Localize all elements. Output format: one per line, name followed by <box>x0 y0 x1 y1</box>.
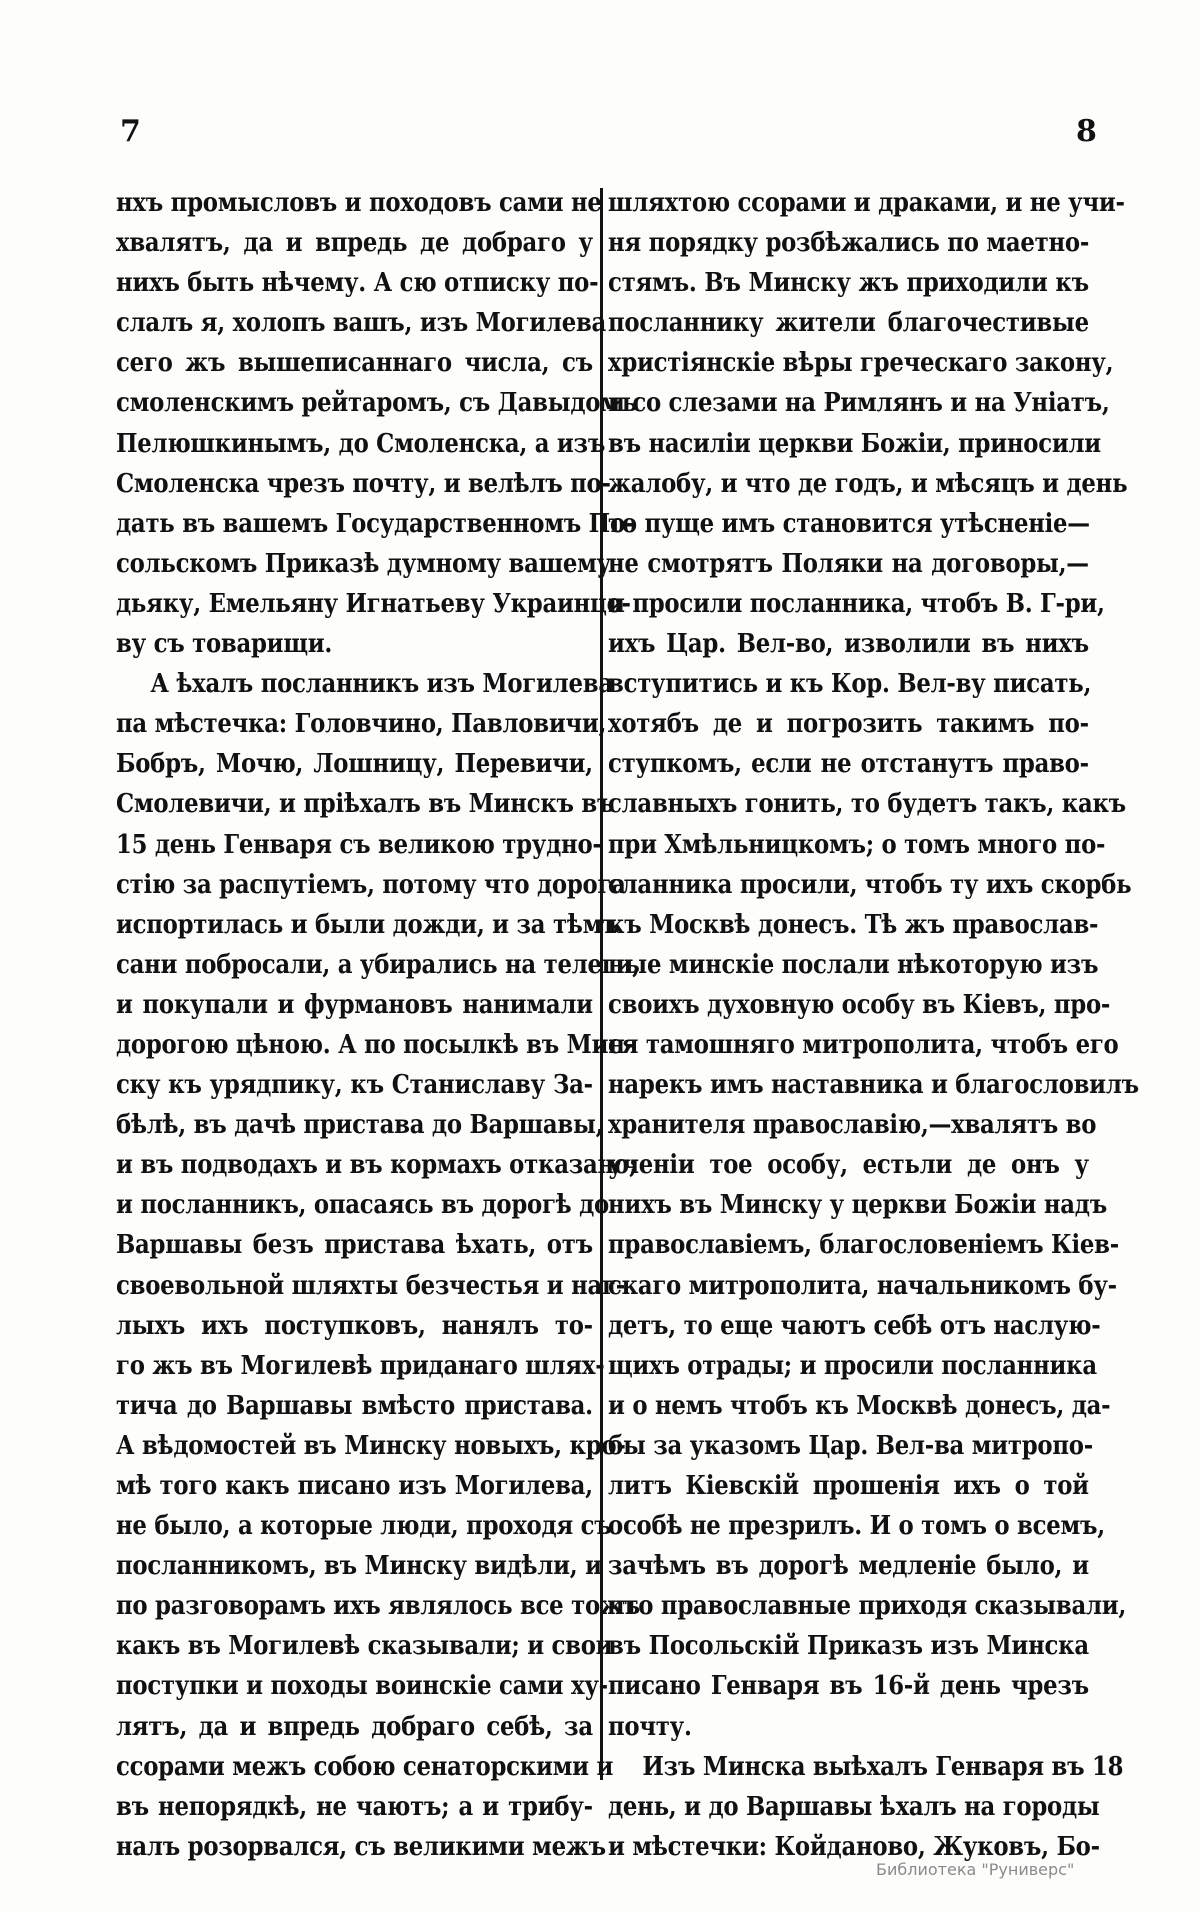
text-line: по разговорамъ ихъ являлось все тожъ <box>116 1586 593 1626</box>
text-line: А ѣхалъ посланникъ изъ Могилева <box>116 664 593 704</box>
text-line: ву съ товарищи. <box>116 624 593 664</box>
text-line: бы за указомъ Цар. Вел-ва митропо- <box>608 1426 1089 1466</box>
text-line: го жъ въ Могилевѣ приданаго шлях- <box>116 1346 593 1386</box>
text-line: слалъ я, холопъ вашъ, изъ Могилева <box>116 303 593 343</box>
text-line: налъ розорвался, съ великими межъ <box>116 1827 593 1867</box>
text-line: вступитись и къ Кор. Вел-ву писать, <box>608 664 1089 704</box>
text-line: православіемъ, благословеніемъ Кіев- <box>608 1225 1089 1265</box>
text-line: 15 день Генваря съ великою трудно- <box>116 825 593 865</box>
text-line: какъ въ Могилевѣ сказывали; и свои <box>116 1626 593 1666</box>
text-line: тича до Варшавы вмѣсто пристава. <box>116 1386 593 1426</box>
text-line: стямъ. Въ Минску жъ приходили къ <box>608 263 1089 303</box>
text-line: хотябъ де и погрозить такимъ по- <box>608 704 1089 744</box>
text-line: Пелюшкинымъ, до Смоленска, а изъ <box>116 424 593 464</box>
text-line: нарекъ имъ наставника и благословилъ <box>608 1065 1089 1105</box>
text-line: А вѣдомостей въ Минску новыхъ, кро- <box>116 1426 593 1466</box>
text-line: не было, а которые люди, проходя съ <box>116 1506 593 1546</box>
text-line: почту. <box>608 1707 1089 1747</box>
library-watermark: Библиотека "Руниверс" <box>876 1860 1074 1879</box>
text-line: бѣлѣ, въ дачѣ пристава до Варшавы, <box>116 1105 593 1145</box>
text-line: въ непорядкѣ, не чаютъ; а и трибу- <box>116 1787 593 1827</box>
text-line: ня порядку розбѣжались по маетно- <box>608 223 1089 263</box>
text-line: посланнику жители благочестивые <box>608 303 1089 343</box>
text-line: зачѣмъ въ дорогѣ медленіе было, и <box>608 1546 1089 1586</box>
text-line: испортилась и были дожди, и за тѣмъ <box>116 905 593 945</box>
page-number-right: 8 <box>1076 117 1097 147</box>
text-line: и покупали и фурмановъ нанимали <box>116 985 593 1025</box>
text-line: щихъ отрады; и просили посланника <box>608 1346 1089 1386</box>
column-divider <box>600 188 603 1780</box>
text-line: сани побросали, а убирались на телеги, <box>116 945 593 985</box>
text-line: и въ подводахъ и въ кормахъ отказано; <box>116 1145 593 1185</box>
text-line: Изъ Минска выѣхалъ Генваря въ 18 <box>608 1747 1089 1787</box>
text-line: поступки и походы воинскіе сами ху- <box>116 1666 593 1706</box>
text-line: Смолевичи, и пріѣхалъ въ Минскъ въ <box>116 784 593 824</box>
text-line: въ насиліи церкви Божіи, приносили <box>608 424 1089 464</box>
text-line: жалобу, и что де годъ, и мѣсяцъ и день <box>608 464 1089 504</box>
text-line: дать въ вашемъ Государственномъ По- <box>116 504 593 544</box>
text-line: своевольной шляхты безчестья и наг- <box>116 1266 593 1306</box>
text-line: при Хмѣльницкомъ; о томъ много по- <box>608 825 1089 865</box>
text-line: хвалятъ, да и впредь де добраго у <box>116 223 593 263</box>
text-line: своихъ духовную особу въ Кіевъ, про- <box>608 985 1089 1025</box>
text-line: ные минскіе послали нѣкоторую изъ <box>608 945 1089 985</box>
text-line: и о немъ чтобъ къ Москвѣ донесъ, да- <box>608 1386 1089 1426</box>
text-line: особѣ не презрилъ. И о томъ о всемъ, <box>608 1506 1089 1546</box>
text-line: па мѣстечка: Головчино, Павловичи, <box>116 704 593 744</box>
text-line: детъ, то еще чаютъ себѣ отъ наслую- <box>608 1306 1089 1346</box>
text-line: христіянскіе вѣры греческаго закону, <box>608 343 1089 383</box>
text-line: писано Генваря въ 16-й день чрезъ <box>608 1666 1089 1706</box>
text-line: ссорами межъ собою сенаторскими и <box>116 1747 593 1787</box>
text-line: сольскомъ Приказѣ думному вашему <box>116 544 593 584</box>
text-line: шляхтою ссорами и драками, и не учи- <box>608 183 1089 223</box>
left-text-column: нхъ промысловъ и походовъ сами нехвалятъ… <box>116 183 594 1867</box>
text-line: и со слезами на Римлянъ и на Уніатъ, <box>608 383 1089 423</box>
text-line: Варшавы безъ пристава ѣхать, отъ <box>116 1225 593 1265</box>
text-line: Смоленска чрезъ почту, и велѣлъ по- <box>116 464 593 504</box>
text-line: дорогою цѣною. А по посылкѣ въ Мин- <box>116 1025 593 1065</box>
text-line: къ Москвѣ донесъ. Тѣ жъ православ- <box>608 905 1089 945</box>
text-line: ся тамошняго митрополита, чтобъ его <box>608 1025 1089 1065</box>
text-line: въ Посольскій Приказъ изъ Минска <box>608 1626 1089 1666</box>
text-line: сланника просили, чтобъ ту ихъ скорбь <box>608 865 1089 905</box>
text-line: день, и до Варшавы ѣхалъ на городы <box>608 1787 1089 1827</box>
text-line: ступкомъ, если не отстанутъ право- <box>608 744 1089 784</box>
text-line: лятъ, да и впредь добраго себѣ, за <box>116 1707 593 1747</box>
text-line: посланникомъ, въ Минску видѣли, и <box>116 1546 593 1586</box>
text-line: нхъ промысловъ и походовъ сами не <box>116 183 593 223</box>
text-line: дьяку, Емельяну Игнатьеву Украинцо- <box>116 584 593 624</box>
text-line: сего жъ вышеписаннаго числа, съ <box>116 343 593 383</box>
text-line: и посланникъ, опасаясь въ дорогѣ до <box>116 1185 593 1225</box>
text-line: что православные приходя сказывали, <box>608 1586 1089 1626</box>
text-line: лыхъ ихъ поступковъ, нанялъ то- <box>116 1306 593 1346</box>
text-line: и просили посланника, чтобъ В. Г-ри, <box>608 584 1089 624</box>
page-number-left: 7 <box>120 117 141 147</box>
text-line: смоленскимъ рейтаромъ, съ Давыдомъ <box>116 383 593 423</box>
text-line: ску къ урядпику, къ Станиславу За- <box>116 1065 593 1105</box>
text-line: Бобръ, Мочю, Лошницу, Перевичи, <box>116 744 593 784</box>
text-line: не смотрятъ Поляки на договоры,— <box>608 544 1089 584</box>
text-line: нихъ въ Минску у церкви Божіи надъ <box>608 1185 1089 1225</box>
text-line: литъ Кіевскій прошенія ихъ о той <box>608 1466 1089 1506</box>
text-line: стію за распутіемъ, потому что дорога <box>116 865 593 905</box>
text-line: ихъ Цар. Вел-во, изволили въ нихъ <box>608 624 1089 664</box>
text-line: нихъ быть нѣчему. А сю отписку по- <box>116 263 593 303</box>
text-line: мѣ того какъ писано изъ Могилева, <box>116 1466 593 1506</box>
text-line: ученіи тое особу, естьли де онъ у <box>608 1145 1089 1185</box>
text-line: хранителя православію,—хвалятъ во <box>608 1105 1089 1145</box>
text-line: славныхъ гонить, то будетъ такъ, какъ <box>608 784 1089 824</box>
text-line: то пуще имъ становится утѣсненіе— <box>608 504 1089 544</box>
right-text-column: шляхтою ссорами и драками, и не учи-ня п… <box>608 183 1090 1867</box>
text-line: скаго митрополита, начальникомъ бу- <box>608 1266 1089 1306</box>
